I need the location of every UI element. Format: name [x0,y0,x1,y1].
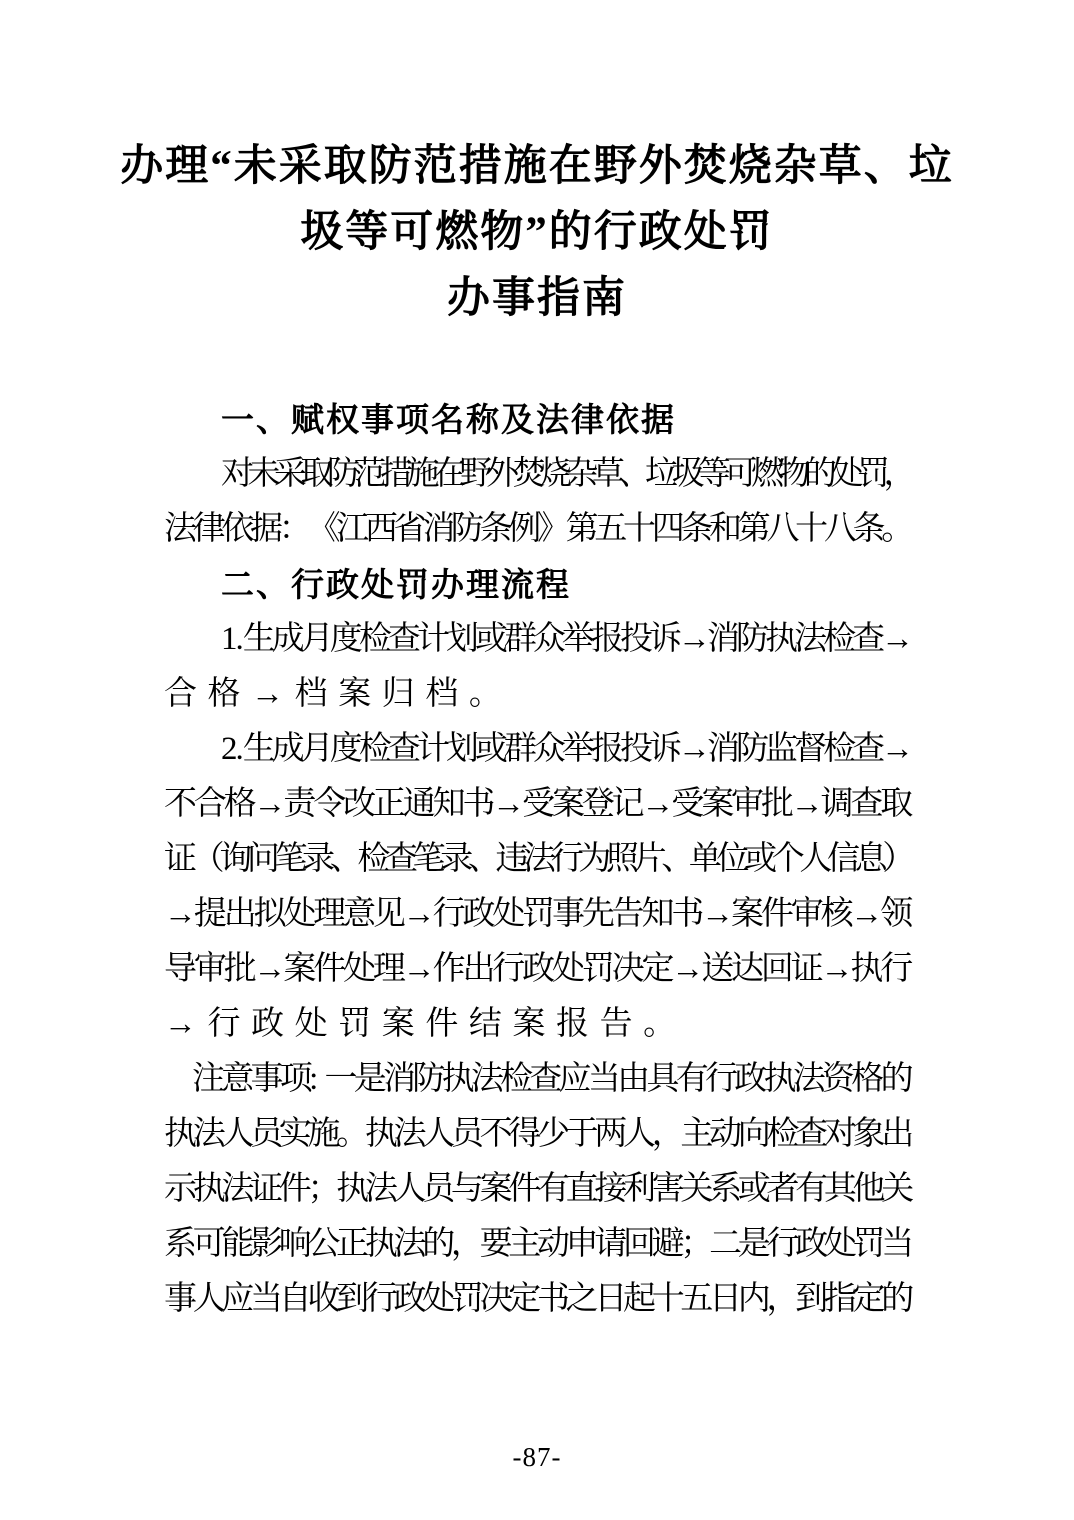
title-line-1: 办理“未采取防范措施在野外焚烧杂草、垃 [0,134,1074,200]
title-line-2: 圾等可燃物”的行政处罚 [0,200,1074,266]
text-line: 2.生成月度检查计划或群众举报投诉→消防监督检查→ [164,722,910,777]
text-line: 注意事项: 一是消防执法检查应当由具有行政执法资格的 [164,1052,910,1107]
page-number: -87- [0,1442,1074,1473]
title-line-3: 办事指南 [0,266,1074,332]
text-line: 事人应当自收到行政处罚决定书之日起十五日内，到指定的 [164,1272,910,1327]
text-line: 对未采取防范措施在野外焚烧杂草、垃圾等可燃物的处罚， [164,447,910,502]
section-2-heading: 二、行政处罚办理流程 [164,557,910,612]
text-line: 系可能影响公正执法的，要主动申请回避；二是行政处罚当 [164,1217,910,1272]
text-line: →提出拟处理意见→行政处罚事先告知书→案件审核→领 [164,887,910,942]
section-1-heading: 一、赋权事项名称及法律依据 [164,392,910,447]
text-line: 1.生成月度检查计划或群众举报投诉→消防执法检查→ [164,612,910,667]
text-line: 证（询问笔录、检查笔录、违法行为照片、单位或个人信息） [164,832,910,887]
document-title: 办理“未采取防范措施在野外焚烧杂草、垃 圾等可燃物”的行政处罚 办事指南 [0,134,1074,332]
text-line: 执法人员实施。执法人员不得少于两人，主动向检查对象出 [164,1107,910,1162]
text-line: 合格→档案归档。 [164,667,910,722]
text-line: 导审批→案件处理→作出行政处罚决定→送达回证→执行 [164,942,910,997]
document-page: 办理“未采取防范措施在野外焚烧杂草、垃 圾等可燃物”的行政处罚 办事指南 一、赋… [0,0,1074,1520]
text-line: 示执法证件；执法人员与案件有直接利害关系或者有其他关 [164,1162,910,1217]
text-line: 不合格→责令改正通知书→受案登记→受案审批→调查取 [164,777,910,832]
text-line: →行政处罚案件结案报告。 [164,997,910,1052]
text-line: 法律依据：《江西省消防条例》第五十四条和第八十八条。 [164,502,910,557]
document-body: 一、赋权事项名称及法律依据 对未采取防范措施在野外焚烧杂草、垃圾等可燃物的处罚，… [164,392,910,1327]
